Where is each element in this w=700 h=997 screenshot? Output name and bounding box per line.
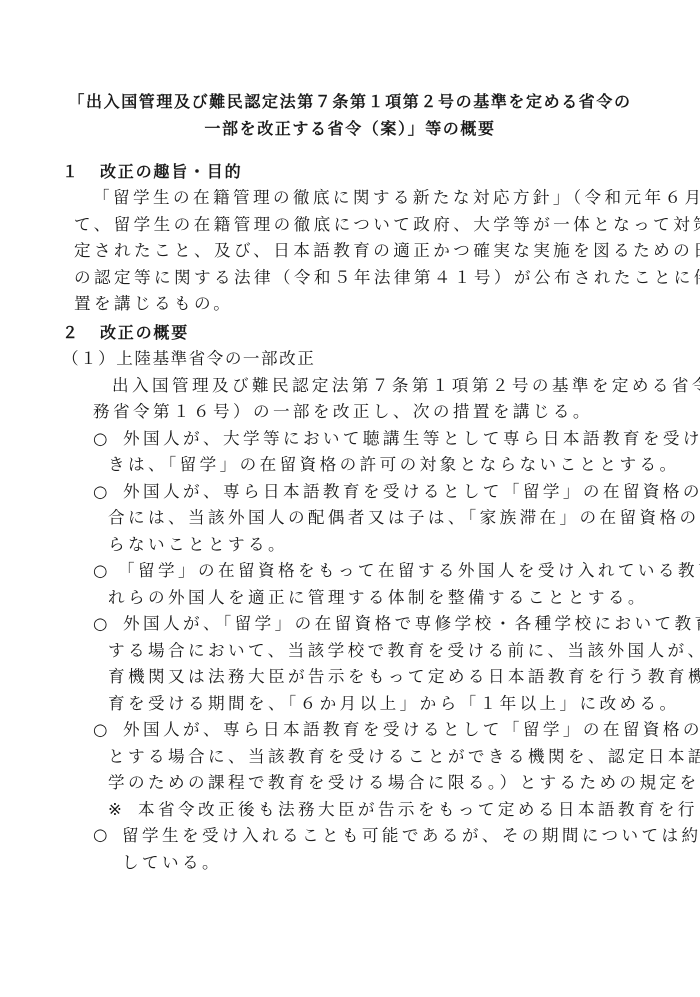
bullet-marker-circle: ○ — [93, 429, 111, 449]
bullet-line: 合には、当該外国人の配偶者又は子は、「家族滞在」の在留資格の許可の対象とな — [108, 508, 700, 528]
note-line: 留学生を受け入れることも可能であるが、その期間については約５年間を想定 — [122, 826, 700, 846]
bullet-line: 外国人が、「留学」の在留資格で専修学校・各種学校において教育を受けようと — [123, 614, 700, 634]
bullet-line: 学のための課程で教育を受ける場合に限る。）とするための規定を追加する。 — [108, 773, 700, 793]
bullet-line: らないこととする。 — [108, 535, 288, 555]
paragraph-line: 置を講じるもの。 — [74, 294, 233, 314]
section-title: 改正の概要 — [100, 323, 189, 342]
bullet-line: 外国人が、大学等において聴講生等として専ら日本語教育を受けようとすると — [123, 429, 700, 449]
bullet-line: とする場合に、当該教育を受けることができる機関を、認定日本語教育機関（留 — [108, 747, 700, 767]
bullet-line: 育を受ける期間を、「６か月以上」から「１年以上」に改める。 — [108, 694, 680, 714]
bullet-line: する場合において、当該学校で教育を受ける前に、当該外国人が、認定日本語教 — [108, 641, 700, 661]
bullet-line: 育機関又は法務大臣が告示をもって定める日本語教育を行う教育機関で日本語教 — [108, 667, 700, 687]
section-number: ２ — [62, 323, 100, 343]
bullet-line: れらの外国人を適正に管理する体制を整備することとする。 — [108, 588, 648, 608]
section-2-heading: ２改正の概要 — [62, 323, 189, 343]
paragraph-line: 出入国管理及び難民認定法第７条第１項第２号の基準を定める省令（平成２年法 — [112, 376, 700, 396]
note-line: している。 — [122, 853, 222, 873]
document-page: 「出入国管理及び難民認定法第７条第１項第２号の基準を定める省令の 一部を改正する… — [0, 0, 700, 997]
paragraph-line: て、留学生の在籍管理の徹底について政府、大学等が一体となって対策を講じる旨決 — [74, 215, 700, 235]
bullet-line: 外国人が、専ら日本語教育を受けるとして「留学」の在留資格の許可を得た場 — [123, 482, 700, 502]
section-1-heading: １改正の趣旨・目的 — [62, 162, 242, 182]
bullet-marker-circle: ○ — [93, 720, 111, 740]
section-number: １ — [62, 162, 100, 182]
bullet-line: きは、「留学」の在留資格の許可の対象とならないこととする。 — [108, 455, 680, 475]
paragraph-line: 定されたこと、及び、日本語教育の適正かつ確実な実施を図るための日本語教育機関 — [74, 241, 700, 261]
bullet-marker-circle: ○ — [93, 482, 111, 502]
paragraph-line: の認定等に関する法律（令和５年法律第４１号）が公布されたことに伴い、所要の措 — [74, 268, 700, 288]
document-title-line-1: 「出入国管理及び難民認定法第７条第１項第２号の基準を定める省令の — [0, 92, 700, 112]
paragraph-line: 務省令第１６号）の一部を改正し、次の措置を講じる。 — [93, 402, 593, 422]
bullet-marker-circle: ○ — [93, 825, 111, 845]
document-title-line-2: 一部を改正する省令（案）」等の概要 — [0, 119, 700, 139]
paragraph-line: 「留学生の在籍管理の徹底に関する新たな対応方針」（令和元年６月１１日）におい — [93, 188, 700, 208]
note-line: 本省令改正後も法務大臣が告示をもって定める日本語教育を行う教育機関で — [138, 800, 700, 820]
subsection-1-label: （１）上陸基準省令の一部改正 — [62, 349, 315, 369]
bullet-line: 「留学」の在留資格をもって在留する外国人を受け入れている教育機関は、こ — [118, 561, 700, 581]
bullet-line: 外国人が、専ら日本語教育を受けるとして「留学」の在留資格の許可を得よう — [123, 720, 700, 740]
section-title: 改正の趣旨・目的 — [100, 162, 242, 181]
note-marker: ※ — [108, 800, 125, 820]
bullet-marker-circle: ○ — [93, 561, 111, 581]
bullet-marker-circle: ○ — [93, 614, 111, 634]
